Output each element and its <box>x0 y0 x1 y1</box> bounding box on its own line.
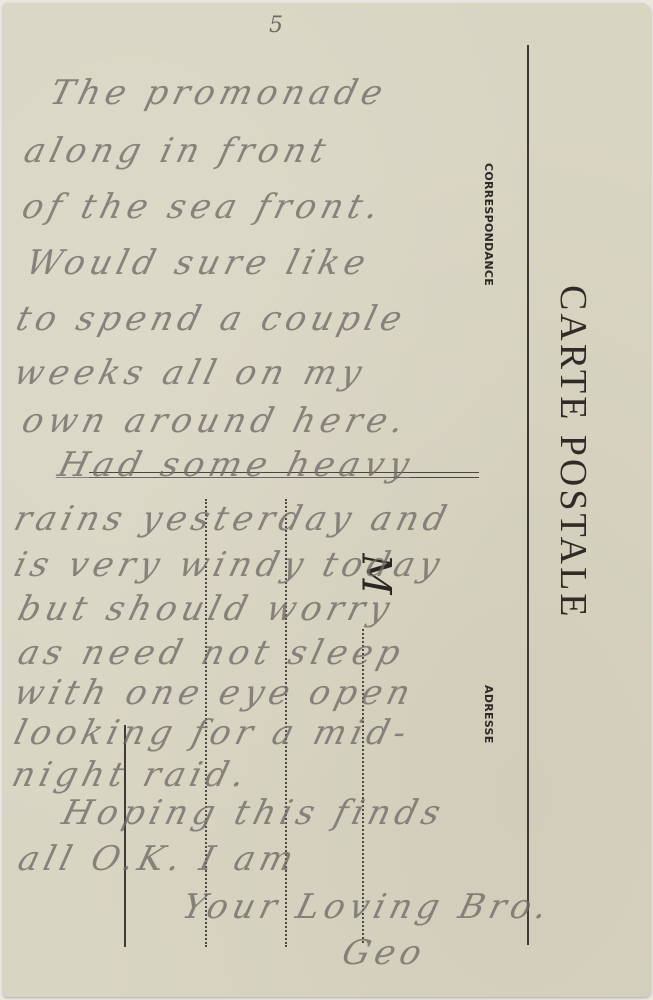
message-line: but should worry <box>14 589 399 629</box>
message-line: is very windy today <box>10 545 449 585</box>
message-line: The promonade <box>46 73 392 113</box>
message-line: Would sure like <box>22 243 374 283</box>
message-line: as need not sleep <box>14 633 409 673</box>
message-line: all O.K. I am <box>14 839 302 879</box>
message-line: Your Loving Bro. <box>178 887 556 927</box>
message-line: Had some heavy <box>54 445 418 485</box>
center-divider-line <box>527 45 529 945</box>
page-number: 5 <box>269 13 283 38</box>
message-line: with one eye open <box>10 673 419 713</box>
correspondence-label: CORRESPONDANCE <box>482 163 495 286</box>
carte-postale-title: CARTE POSTALE <box>551 285 595 620</box>
message-line: Hoping this finds <box>58 793 449 833</box>
message-line: weeks all on my <box>10 353 371 393</box>
message-line: along in front <box>20 131 335 171</box>
message-line: rains yesterday and <box>10 499 455 539</box>
message-line: night raid. <box>8 755 254 795</box>
postcard-back: 5 CORRESPONDANCE ADRESSE CARTE POSTALE M… <box>3 3 651 997</box>
message-line: of the sea front. <box>18 187 388 227</box>
message-line: own around here. <box>18 401 413 441</box>
signature: Geo <box>338 933 431 973</box>
address-label: ADRESSE <box>482 685 495 744</box>
message-line: looking for a mid- <box>10 713 415 753</box>
message-line: to spend a couple <box>12 299 411 339</box>
